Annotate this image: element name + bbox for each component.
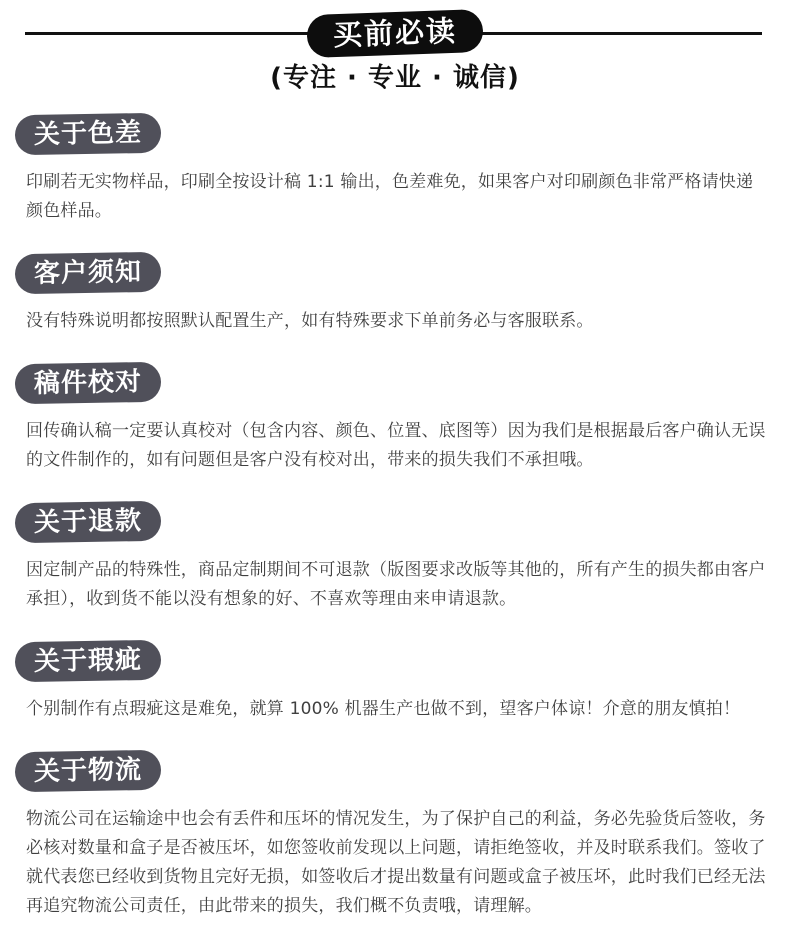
section-label-defects: 关于瑕疵 [15,640,162,683]
notice-sections: 关于色差 印刷若无实物样品，印刷全按设计稿 1:1 输出，色差难免，如果客户对印… [0,96,790,921]
page-subtitle: (专注 · 专业 · 诚信) [0,57,790,94]
section-label-text: 客户须知 [34,259,142,287]
section-body-proofreading: 回传确认稿一定要认真校对（包含内容、颜色、位置、底图等）因为我们是根据最后客户确… [0,417,790,475]
section-logistics: 关于物流 物流公司在运输途中也会有丢件和压坏的情况发生，为了保护自己的利益，务必… [0,751,790,921]
section-body-logistics: 物流公司在运输途中也会有丢件和压坏的情况发生，为了保护自己的利益，务必先验货后签… [0,805,790,921]
section-label-text: 关于物流 [34,757,142,785]
section-label-text: 关于退款 [34,508,142,536]
section-body-defects: 个别制作有点瑕疵这是难免，就算 100% 机器生产也做不到，望客户体谅！介意的朋… [0,695,790,724]
section-body-customer-notice: 没有特殊说明都按照默认配置生产，如有特殊要求下单前务必与客服联系。 [0,307,790,336]
section-refund: 关于退款 因定制产品的特殊性，商品定制期间不可退款（版图要求改版等其他的，所有产… [0,502,790,614]
section-body-refund: 因定制产品的特殊性，商品定制期间不可退款（版图要求改版等其他的，所有产生的损失都… [0,556,790,614]
section-label-customer-notice: 客户须知 [15,252,162,295]
section-label-text: 关于色差 [34,120,142,148]
section-label-text: 稿件校对 [34,369,142,397]
section-label-proofreading: 稿件校对 [15,362,162,405]
page-title: 买前必读 [333,17,458,50]
title-banner: 买前必读 [306,9,483,58]
section-customer-notice: 客户须知 没有特殊说明都按照默认配置生产，如有特殊要求下单前务必与客服联系。 [0,253,790,336]
section-label-text: 关于瑕疵 [34,647,142,675]
section-label-color-difference: 关于色差 [15,113,162,156]
section-proofreading: 稿件校对 回传确认稿一定要认真校对（包含内容、颜色、位置、底图等）因为我们是根据… [0,363,790,475]
section-color-difference: 关于色差 印刷若无实物样品，印刷全按设计稿 1:1 输出，色差难免，如果客户对印… [0,114,790,226]
section-label-logistics: 关于物流 [15,750,162,793]
buyer-notice-page: 买前必读 (专注 · 专业 · 诚信) 关于色差 印刷若无实物样品，印刷全按设计… [0,0,790,940]
page-header: 买前必读 (专注 · 专业 · 诚信) [0,0,790,96]
section-label-refund: 关于退款 [15,501,162,544]
section-body-color-difference: 印刷若无实物样品，印刷全按设计稿 1:1 输出，色差难免，如果客户对印刷颜色非常… [0,168,790,226]
section-defects: 关于瑕疵 个别制作有点瑕疵这是难免，就算 100% 机器生产也做不到，望客户体谅… [0,641,790,724]
